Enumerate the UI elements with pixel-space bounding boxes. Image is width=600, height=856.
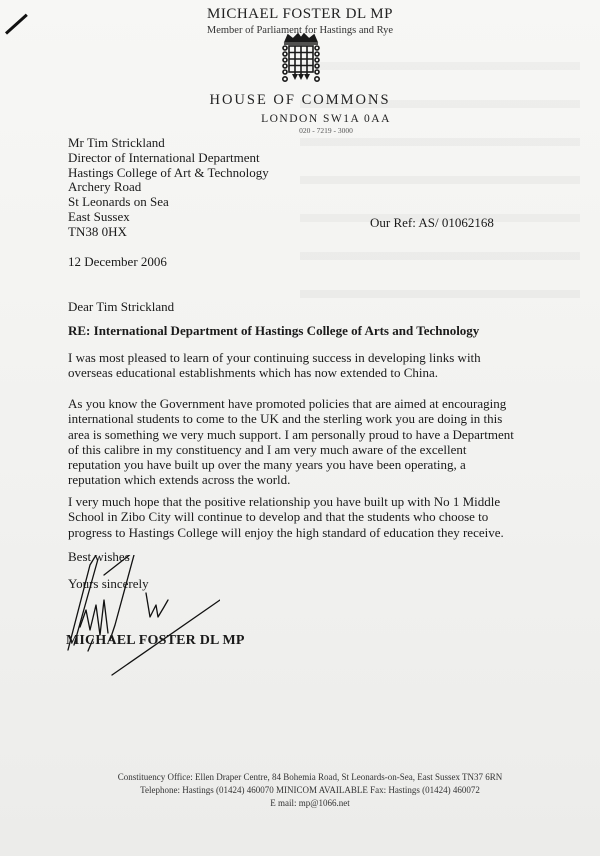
body-line: School in Zibo City will continue to dev… — [68, 509, 498, 524]
body-line: progress to Hastings College will enjoy … — [68, 525, 498, 540]
footer-email: E mail: mp@1066.net — [10, 798, 600, 808]
recipient-address: Mr Tim Strickland Director of Internatio… — [68, 136, 269, 240]
reference-number: Our Ref: AS/ 01062168 — [370, 215, 494, 231]
recipient-line: St Leonards on Sea — [68, 195, 269, 210]
letter-date: 12 December 2006 — [68, 254, 167, 270]
recipient-line: Director of International Department — [68, 151, 269, 166]
recipient-line: Archery Road — [68, 180, 269, 195]
recipient-line: East Sussex — [68, 210, 269, 225]
body-line: reputation you have built up over the ma… — [68, 457, 498, 472]
body-line: area is something we very much support. … — [68, 427, 498, 442]
footer-office-address: Constituency Office: Ellen Draper Centre… — [10, 772, 600, 782]
footer-telephone: Telephone: Hastings (01424) 460070 MINIC… — [10, 785, 600, 795]
subject-line: RE: International Department of Hastings… — [68, 323, 479, 339]
body-line: I was most pleased to learn of your cont… — [68, 350, 498, 365]
body-line: reputation which extends across the worl… — [68, 472, 498, 487]
portcullis-icon — [279, 32, 323, 84]
body-paragraph: As you know the Government have promoted… — [68, 396, 498, 488]
mp-name: MICHAEL FOSTER DL MP — [0, 6, 600, 23]
handwritten-signature — [60, 555, 220, 680]
body-line: of this calibre in my constituency and I… — [68, 442, 498, 457]
closing-sign-off: Yours sincerely — [68, 576, 149, 592]
body-line: international students to come to the UK… — [68, 411, 498, 426]
body-paragraph: I was most pleased to learn of your cont… — [68, 350, 498, 381]
letter-page: MICHAEL FOSTER DL MP Member of Parliamen… — [0, 0, 600, 856]
recipient-line: TN38 0HX — [68, 225, 269, 240]
body-line: overseas educational establishments whic… — [68, 365, 498, 380]
signatory-name: MICHAEL FOSTER DL MP — [66, 633, 245, 649]
recipient-line: Mr Tim Strickland — [68, 136, 269, 151]
salutation: Dear Tim Strickland — [68, 299, 174, 315]
body-paragraph: I very much hope that the positive relat… — [68, 494, 498, 540]
body-line: As you know the Government have promoted… — [68, 396, 498, 411]
closing-wishes: Best wishes — [68, 549, 130, 565]
institution-phone: 020 - 7219 - 3000 — [26, 126, 600, 135]
body-line: I very much hope that the positive relat… — [68, 494, 498, 509]
institution-name: HOUSE OF COMMONS — [0, 92, 600, 109]
recipient-line: Hastings College of Art & Technology — [68, 166, 269, 181]
show-through-text — [300, 40, 580, 320]
institution-address: LONDON SW1A 0AA — [26, 113, 600, 125]
